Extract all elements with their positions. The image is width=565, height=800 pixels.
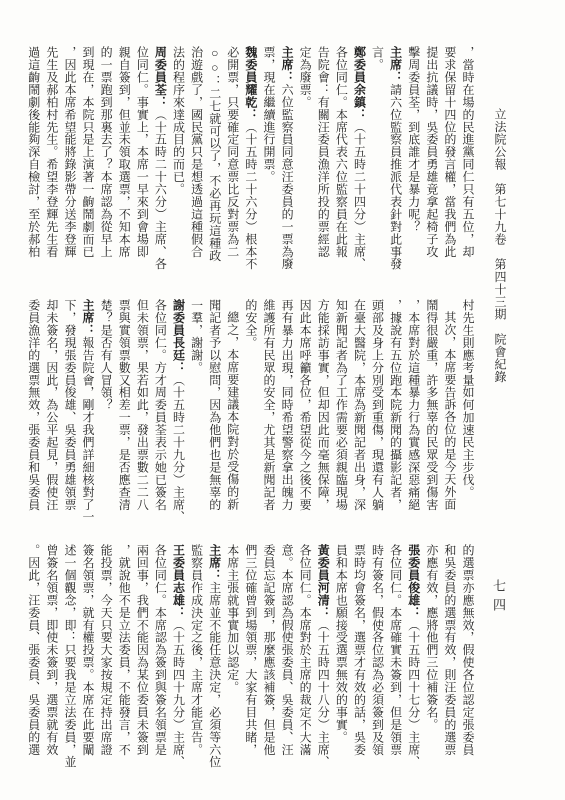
text-column: 票，現在繼續進行開票。 bbox=[260, 46, 278, 272]
text-column: 各位同仁。本席對於主席的裁定不大滿 bbox=[296, 544, 314, 778]
text-column: 意。本席認為假使張委員、吳委員、汪 bbox=[278, 544, 296, 778]
text-column: 到現在，本院只是上演著一齣鬧劇而已 bbox=[79, 46, 97, 272]
page-number: 七四 bbox=[490, 579, 507, 617]
text-column: 魏委員耀乾：（十五時二十六分）根本不 bbox=[242, 46, 260, 272]
gazette-header-title: 立法院公報 第七十九卷 第四十三期 院會紀錄 bbox=[489, 108, 511, 383]
text-column: 言。 bbox=[368, 46, 386, 272]
speaker-name: 主席： bbox=[389, 46, 403, 83]
text-column: 曾簽名領票，即使未簽到，選票就有效 bbox=[43, 544, 61, 778]
text-column: 擊周委員荃，到底誰才是暴力呢？ bbox=[405, 46, 423, 272]
text-column: 述一個觀念，即：只要我是立法委員，並 bbox=[61, 544, 79, 778]
text-column: 頭部及身上分別受到重傷，現還有人躺 bbox=[368, 299, 386, 525]
text-column: 的安全。 bbox=[242, 299, 260, 525]
speaker-name: 主席： bbox=[208, 544, 222, 581]
speaker-name: 主席： bbox=[280, 46, 294, 83]
text-column: 主席：請六位監察員推派代表針對此事發 bbox=[387, 46, 405, 272]
text-column: 主席：六位監察員同意汪委員的一票為廢 bbox=[278, 46, 296, 272]
text-column: 楚？是否有人冒領？ bbox=[97, 299, 115, 525]
text-column: 委員忘記簽到，那麼應該補簽，但是他 bbox=[260, 544, 278, 778]
text-column: 下，發現張委員俊雄、吳委員勇雄領票 bbox=[61, 299, 79, 525]
text-column: 其次，本席要告訴各位的是今天外面 bbox=[441, 299, 459, 525]
text-column: 員和本席也願接受選票無效的事實。 bbox=[332, 544, 350, 778]
text-register-1: ，當時在場的民進黨同仁只有五位，却要求保留十四位的發言權，當我們為此提出抗議時，… bbox=[25, 46, 477, 272]
text-column: 本席主張就事實加以認定。 bbox=[224, 544, 242, 778]
text-column: ，據說有五位跑本院新聞的攝影記者， bbox=[387, 299, 405, 525]
text-column: 位同仁。事實上，本席一早來到會場即 bbox=[133, 46, 151, 272]
text-column: 們三位確曾到場領票，大家有目共睹， bbox=[242, 544, 260, 778]
text-column: 和吳委員的選票有效，則汪委員的選票 bbox=[441, 544, 459, 778]
text-column: 的一票跑到那裏去了？本席認為從早上 bbox=[97, 46, 115, 272]
text-column: 鬧得很嚴重，許多無辜的民眾受到傷害 bbox=[423, 299, 441, 525]
text-column: ○○：二七就可以了，不必再玩這種政 bbox=[206, 46, 224, 272]
text-column: 的選票亦應無效，假使各位認定張委員 bbox=[459, 544, 477, 778]
text-column: 張委員俊雄：（十五時四十七分）主席、 bbox=[405, 544, 423, 778]
text-column: 聞記者予以慰問，因為他們也是無辜的 bbox=[206, 299, 224, 525]
text-column: 過這齣鬧劇後能夠深自檢討，至於郝柏 bbox=[25, 46, 43, 272]
text-column: 。因此，汪委員、張委員、吳委員的選 bbox=[25, 544, 43, 778]
text-column: 王委員志雄：（十五時四十九分）主席、 bbox=[169, 544, 187, 778]
text-column: 親自簽到，但並未領取選票，不知本席 bbox=[115, 46, 133, 272]
text-column: 主席：主席並不能任意決定，必須等六位 bbox=[206, 544, 224, 778]
text-column: 黃委員河清：（十五時四十八分）主席、 bbox=[314, 544, 332, 778]
text-column: 方能採訪事實，但却因此而毫無保障， bbox=[314, 299, 332, 525]
text-column: 提出抗議時，吳委員勇雄竟拿起椅子攻 bbox=[423, 46, 441, 272]
speaker-name: 鄭委員余鎮： bbox=[352, 46, 366, 121]
transcript-content: ，當時在場的民進黨同仁只有五位，却要求保留十四位的發言權，當我們為此提出抗議時，… bbox=[25, 46, 477, 778]
text-column: 各位同仁。本席認為簽到與簽名領票是 bbox=[151, 544, 169, 778]
speaker-name: 周委員荃： bbox=[153, 46, 167, 108]
speaker-name: 黃委員河清： bbox=[316, 544, 330, 619]
text-column: ，本席對於這種暴力行為實感深惡痛絕 bbox=[405, 299, 423, 525]
text-column: 兩回事，我們不能因為某位委員未簽到 bbox=[133, 544, 151, 778]
text-column: ，就說他不是立法委員，不能發言，不 bbox=[115, 544, 133, 778]
gazette-page: 立法院公報 第七十九卷 第四十三期 院會紀錄 七四 ，當時在場的民進黨同仁只有五… bbox=[0, 0, 565, 800]
text-column: 票與實領票數又相差一票，是否應查清 bbox=[115, 299, 133, 525]
text-column: 定為廢票。 bbox=[296, 46, 314, 272]
text-column: 再有暴力出現，同時希望警察拿出魄力 bbox=[278, 299, 296, 525]
text-column: 知新聞記者為了工作需要必須親臨現場 bbox=[332, 299, 350, 525]
text-column: 監察員作成決定之後，主席才能宣告。 bbox=[188, 544, 206, 778]
speaker-name: 王委員志雄： bbox=[172, 544, 186, 619]
text-column: ，當時在場的民進黨同仁只有五位，却 bbox=[459, 46, 477, 272]
text-column: 簽名領票，就有權投票。本席在此要闡 bbox=[79, 544, 97, 778]
text-column: 主席：報告院會，剛才我們詳細核對了一 bbox=[79, 299, 97, 525]
text-column: 票時均會簽名，選票才有效的話，吳委 bbox=[350, 544, 368, 778]
text-column: 鄭委員余鎮：（十五時二十四分）主席、 bbox=[350, 46, 368, 272]
text-column: 維護所有民眾的安全，尤其是新聞記者 bbox=[260, 299, 278, 525]
speaker-name: 魏委員耀乾： bbox=[244, 46, 258, 121]
text-column: 委員漁洋的選票無效，張委員和吳委員 bbox=[25, 299, 43, 525]
text-column: 各位同仁。本席代表六位監察員在此報 bbox=[332, 46, 350, 272]
text-column: 在臺大醫院，本席為新聞記者出身，深 bbox=[350, 299, 368, 525]
text-column: 一羣，謝謝。 bbox=[188, 299, 206, 525]
text-column: 告院會：有關汪委員漁洋所投的票經認 bbox=[314, 46, 332, 272]
text-column: 各位同仁。方才周委員荃表示她已簽名 bbox=[151, 299, 169, 525]
text-column: 亦應有效，應將他們三位補簽名。 bbox=[423, 544, 441, 778]
text-column: 要求保留十四位的發言權，當我們為此 bbox=[441, 46, 459, 272]
text-column: 謝委員長廷：（十五時二十九分）主席、 bbox=[169, 299, 187, 525]
text-column: 因此本席呼籲各位，希望從今之後不要 bbox=[296, 299, 314, 525]
text-column: 必開票，只要確定同意票比反對票為二 bbox=[224, 46, 242, 272]
text-column: 却未簽名，因此，為公平起見，假使汪 bbox=[43, 299, 61, 525]
text-column: 各位同仁。本席確實未簽到，但是領票 bbox=[387, 544, 405, 778]
speaker-name: 謝委員長廷： bbox=[172, 299, 186, 374]
text-column: 周委員荃：（十五時二十六分）主席、各 bbox=[151, 46, 169, 272]
text-column: 但未領票，果若如此，發出票數二二八 bbox=[133, 299, 151, 525]
text-column: 治遊戲了，國民黨只是想透過這種假合 bbox=[188, 46, 206, 272]
text-column: 先生及郝柏村先生。希望李登輝先生看 bbox=[43, 46, 61, 272]
speaker-name: 張委員俊雄： bbox=[407, 544, 421, 619]
text-column: 法的程序來達成目的而已。 bbox=[169, 46, 187, 272]
text-register-3: 的選票亦應無效，假使各位認定張委員和吳委員的選票有效，則汪委員的選票亦應有效，應… bbox=[25, 544, 477, 778]
text-column: 村先生則應考量如何加速民主步伐。 bbox=[459, 299, 477, 525]
speaker-name: 主席： bbox=[81, 299, 95, 336]
text-column: 能投票，今天只要大家按規定持出席證 bbox=[97, 544, 115, 778]
text-column: ，因此本席希望能將錄影帶分送李登輝 bbox=[61, 46, 79, 272]
text-column: 時有簽名，假使各位認為必須簽到及領 bbox=[368, 544, 386, 778]
text-register-2: 村先生則應考量如何加速民主步伐。其次，本席要告訴各位的是今天外面鬧得很嚴重，許多… bbox=[25, 299, 477, 525]
text-column: 總之，本席要建議本院對於受傷的新 bbox=[224, 299, 242, 525]
